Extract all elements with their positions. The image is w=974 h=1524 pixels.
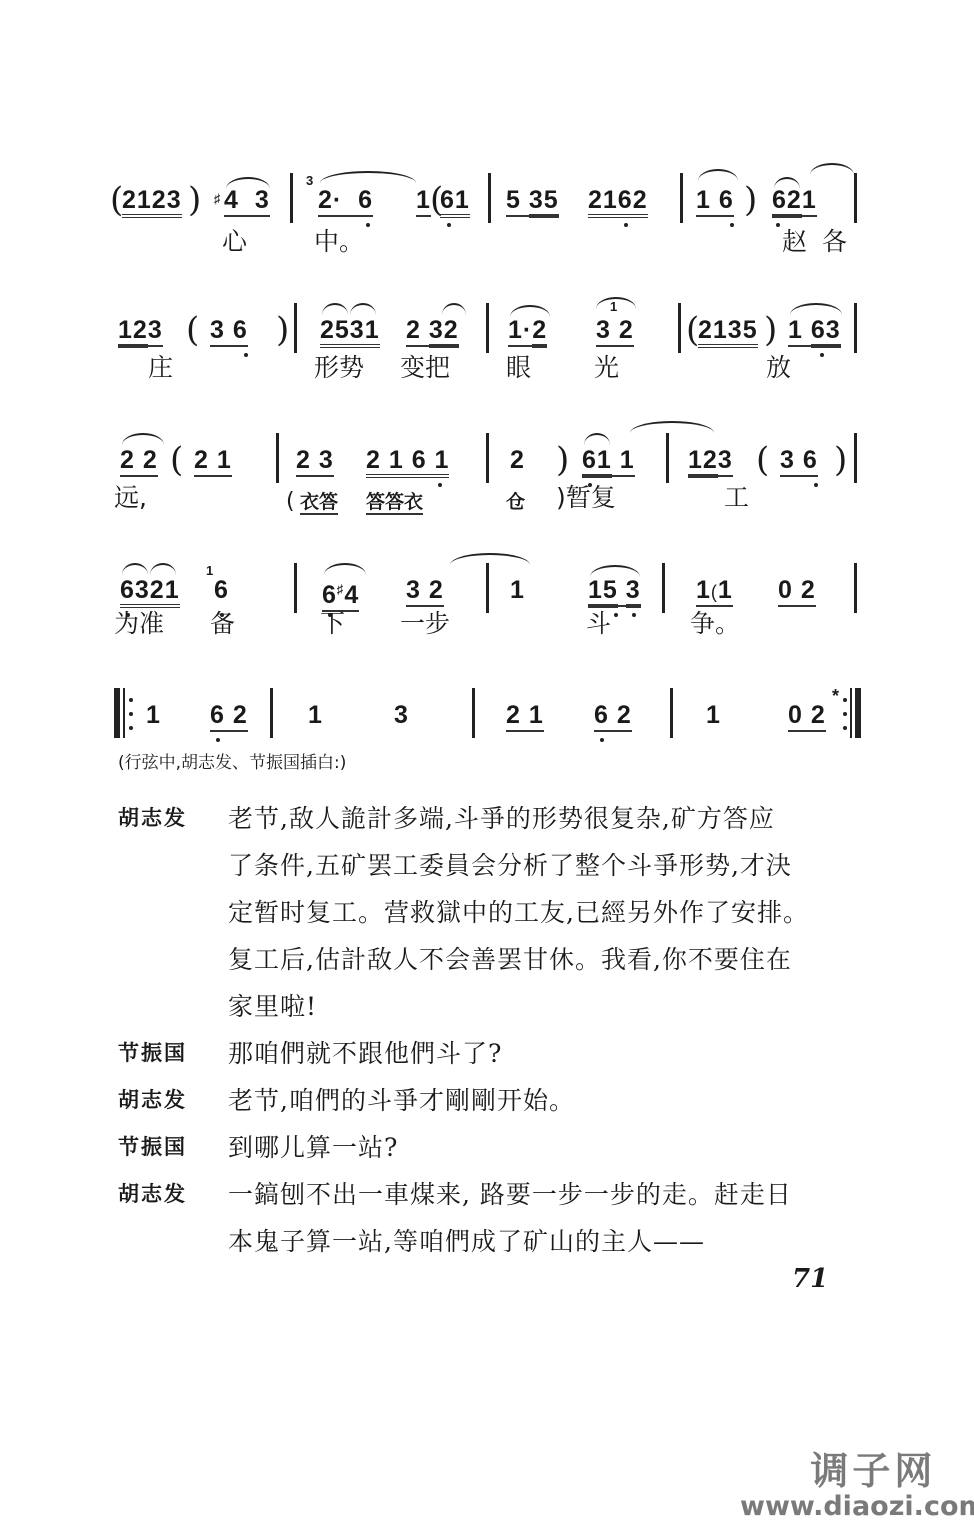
- notes-row: 123 ( 3 6 ) 2531 2 32 1·2 1 3 2 ( 2135 )…: [110, 315, 870, 355]
- speech-text: 那咱們就不跟他們斗了?: [228, 1030, 878, 1077]
- bar-line: [854, 303, 857, 353]
- bar-line: [486, 563, 489, 613]
- lyrics-row: 远, ( 衣答 答答衣 仓 )暂复 工: [110, 483, 870, 517]
- close-paren: ): [188, 183, 201, 217]
- note: 1: [308, 700, 323, 730]
- notes-row: ( 2123 ) ♯ 4 3 3 2· 6 1 ( 61 5 35 2162 1…: [110, 185, 870, 225]
- low-octave-dot: [216, 738, 220, 742]
- note: 6: [214, 575, 229, 605]
- lyric: 光: [594, 353, 619, 383]
- note-group: 2531: [320, 315, 380, 345]
- lyric: 眼: [506, 353, 531, 383]
- note-group: 3 2: [596, 315, 634, 345]
- dialogue-line: 胡志发 老节,咱們的斗爭才剛剛开始。: [118, 1077, 878, 1124]
- lyric: 放: [766, 353, 791, 383]
- speaker-name: 节振国: [118, 1124, 228, 1171]
- note-group: 1·2: [508, 315, 547, 345]
- speaker-name: 胡志发: [118, 795, 228, 1030]
- speech-line: 复工后,估計敌人不会善罢甘休。我看,你不要住在: [228, 936, 878, 983]
- note: 2: [510, 445, 525, 475]
- slur: [350, 303, 376, 315]
- note-group: 0 2: [788, 700, 826, 730]
- grace-note: 3: [306, 173, 313, 188]
- repeat-dot: [129, 712, 133, 716]
- speaker-name: 胡志发: [118, 1077, 228, 1124]
- note: 1: [706, 700, 721, 730]
- lyric: 工: [724, 483, 749, 513]
- note-group: 1 63: [788, 315, 841, 345]
- slur: [584, 433, 610, 445]
- lyric: )暂复: [556, 483, 616, 513]
- repeat-start-bar: [114, 688, 120, 738]
- repeat-end-bar: [855, 688, 861, 738]
- note-group: 0 2: [778, 575, 816, 605]
- bar-line: [680, 173, 683, 223]
- watermark-title: 调子网: [760, 1440, 974, 1495]
- lyric: 中。: [314, 227, 364, 257]
- lyric: 庄: [148, 353, 173, 383]
- lyric: 争。: [690, 609, 740, 639]
- lyric: 下: [320, 609, 345, 639]
- lyrics-row: 为准 备 下 一步 斗 争。: [110, 609, 870, 643]
- note-group: 2 32: [406, 315, 459, 345]
- slur: [442, 303, 466, 315]
- note-group: 3 2: [406, 575, 444, 605]
- slur: [322, 303, 348, 315]
- note-group: 2 1 6 1: [366, 445, 449, 475]
- lyric: 各: [822, 227, 847, 257]
- note-group: 2135: [698, 315, 758, 345]
- note-group: 6 2: [594, 700, 632, 730]
- slur: [450, 553, 530, 565]
- lyric: 形势: [314, 353, 364, 383]
- watermark-url[interactable]: www.diaozi.com: [740, 1491, 974, 1522]
- close-paren: ): [834, 443, 847, 477]
- score-page: ( 2123 ) ♯ 4 3 3 2· 6 1 ( 61 5 35 2162 1…: [0, 0, 974, 1524]
- lyrics-row: 心 中。 赵 各: [110, 227, 870, 261]
- dialogue-block: 胡志发 老节,敌人詭計多端,斗爭的形势很复杂,矿方答应 了条件,五矿罢工委員会分…: [118, 795, 878, 1265]
- dialogue-line: 节振国 那咱們就不跟他們斗了?: [118, 1030, 878, 1077]
- bar-line: [290, 173, 293, 223]
- speech-text: 一鎬刨不出一車煤来, 路要一步一步的走。赶走日 本鬼子算一站,等咱們成了矿山的主…: [228, 1171, 878, 1265]
- sharp-sign: ♯: [214, 191, 221, 206]
- lyric: 一步: [400, 609, 450, 639]
- note-group: 2 1: [194, 445, 232, 475]
- dialogue-line: 胡志发 老节,敌人詭計多端,斗爭的形势很复杂,矿方答应 了条件,五矿罢工委員会分…: [118, 795, 878, 1030]
- repeat-dot: [843, 712, 847, 716]
- note-group: 61 1: [582, 445, 635, 475]
- note: 1: [146, 700, 161, 730]
- note-group: 3 6: [210, 315, 248, 345]
- bar-line: [276, 433, 279, 483]
- lyric: 备: [210, 609, 235, 639]
- lyric: 答答衣: [366, 487, 423, 517]
- slur: [698, 169, 738, 181]
- lyric: 心: [222, 227, 247, 257]
- repeat-start-thin-bar: [123, 688, 125, 738]
- repeat-dot: [129, 698, 133, 702]
- bar-line: [854, 173, 857, 223]
- slur: [122, 563, 148, 575]
- note-group: 2· 6: [318, 185, 373, 215]
- stage-direction: (行弦中,胡志发、节振国插白:): [118, 748, 346, 773]
- bar-line: [294, 563, 297, 613]
- grace-note: 1: [610, 299, 617, 314]
- lyric: 赵: [782, 227, 807, 257]
- slur: [630, 421, 714, 433]
- lyric: 为准: [114, 609, 164, 639]
- note-group: 1(1: [696, 575, 733, 607]
- repeat-end-thin-bar: [850, 688, 852, 738]
- bar-line: [486, 303, 489, 353]
- bar-line: [670, 688, 673, 738]
- speech-line: 老节,咱們的斗爭才剛剛开始。: [228, 1077, 878, 1124]
- bar-line: [678, 303, 681, 353]
- repeat-dot: [129, 726, 133, 730]
- note-group: 1: [416, 185, 431, 215]
- lyric: 仓: [506, 487, 525, 517]
- note-group: 6♯4: [322, 575, 359, 610]
- asterisk-mark: *: [832, 686, 839, 707]
- slur: [790, 303, 842, 315]
- speaker-name: 节振国: [118, 1030, 228, 1077]
- bar-line: [472, 688, 475, 738]
- score-system-1: ( 2123 ) ♯ 4 3 3 2· 6 1 ( 61 5 35 2162 1…: [110, 175, 870, 265]
- lyrics-row: 庄 形势 变把 眼 光 放: [110, 353, 870, 387]
- open-paren: (: [756, 443, 769, 477]
- bar-line: [270, 688, 273, 738]
- score-system-5-repeat: 1 6 2 1 3 2 1 6 2 1 0 2 *: [110, 690, 870, 750]
- note: 1: [510, 575, 525, 605]
- speech-line: 了条件,五矿罢工委員会分析了整个斗爭形势,才決: [228, 842, 878, 889]
- open-paren: (: [170, 443, 183, 477]
- note-group: 123: [688, 445, 733, 475]
- grace-note: 1: [206, 563, 213, 578]
- note: 3: [394, 700, 409, 730]
- dialogue-line: 胡志发 一鎬刨不出一車煤来, 路要一步一步的走。赶走日 本鬼子算一站,等咱們成了…: [118, 1171, 878, 1265]
- score-system-4: 6321 1 6 6♯4 3 2 1 15 3 1(1 0 2 为准 备 下: [110, 565, 870, 655]
- speech-line: 定暂时复工。营救獄中的工友,已經另外作了安排。: [228, 889, 878, 936]
- bar-line: [854, 433, 857, 483]
- slur: [150, 563, 176, 575]
- lyric: 远,: [114, 483, 147, 513]
- note-group: 2123: [122, 185, 182, 215]
- bar-line: [666, 433, 669, 483]
- bar-line: [294, 303, 297, 353]
- watermark: 调子网 www.diaozi.com: [760, 1440, 974, 1522]
- note-group: 2162: [588, 185, 648, 215]
- speech-line: 家里啦!: [228, 983, 878, 1030]
- speech-line: 到哪儿算一站?: [228, 1124, 878, 1171]
- close-paren: ): [744, 183, 757, 217]
- bar-line: [854, 563, 857, 613]
- note-group: 4 3: [224, 185, 270, 215]
- dialogue-line: 节振国 到哪儿算一站?: [118, 1124, 878, 1171]
- slur: [122, 433, 164, 445]
- speech-line: 那咱們就不跟他們斗了?: [228, 1030, 878, 1077]
- open-paren: (: [186, 313, 199, 347]
- repeat-dot: [843, 726, 847, 730]
- lyric: (: [286, 487, 295, 517]
- bar-line: [486, 433, 489, 483]
- lyric: 变把: [400, 353, 450, 383]
- page-number: 71: [792, 1264, 828, 1294]
- low-octave-dot: [600, 738, 604, 742]
- slur: [810, 163, 854, 175]
- notes-row: 2 2 ( 2 1 2 3 2 1 6 1 2 ) 61 1 123 ( 3 6…: [110, 445, 870, 485]
- note-group: 6 2: [210, 700, 248, 730]
- note-group: 2 3: [296, 445, 334, 475]
- close-paren: ): [276, 313, 289, 347]
- speech-text: 老节,敌人詭計多端,斗爭的形势很复杂,矿方答应 了条件,五矿罢工委員会分析了整个…: [228, 795, 878, 1030]
- note-group: 61: [440, 185, 470, 215]
- slur: [324, 563, 366, 575]
- note-group: 123: [118, 315, 163, 345]
- bar-line: [662, 563, 665, 613]
- speech-text: 到哪儿算一站?: [228, 1124, 878, 1171]
- bar-line: [488, 173, 491, 223]
- score-system-3: 2 2 ( 2 1 2 3 2 1 6 1 2 ) 61 1 123 ( 3 6…: [110, 435, 870, 525]
- note-group: 15 3: [588, 575, 641, 605]
- speaker-name: 胡志发: [118, 1171, 228, 1265]
- repeat-dot: [843, 698, 847, 702]
- lyric: 衣答: [300, 487, 338, 517]
- note-group: 5 35: [506, 185, 559, 215]
- notes-row: 1 6 2 1 3 2 1 6 2 1 0 2 *: [110, 700, 870, 740]
- close-paren: ): [764, 313, 777, 347]
- note-group: 2 2: [120, 445, 158, 475]
- speech-line: 一鎬刨不出一車煤来, 路要一步一步的走。赶走日: [228, 1171, 878, 1218]
- speech-line: 老节,敌人詭計多端,斗爭的形势很复杂,矿方答应: [228, 795, 878, 842]
- lyric: 斗: [586, 609, 611, 639]
- close-paren: ): [556, 443, 569, 477]
- note-group: 3 6: [780, 445, 818, 475]
- note-group: 621: [772, 185, 817, 215]
- speech-text: 老节,咱們的斗爭才剛剛开始。: [228, 1077, 878, 1124]
- slur: [320, 171, 416, 183]
- note-group: 6321: [120, 575, 180, 605]
- note-group: 2 1: [506, 700, 544, 730]
- speech-line: 本鬼子算一站,等咱們成了矿山的主人——: [228, 1218, 878, 1265]
- note-group: 1 6: [696, 185, 734, 215]
- score-system-2: 123 ( 3 6 ) 2531 2 32 1·2 1 3 2 ( 2135 )…: [110, 305, 870, 395]
